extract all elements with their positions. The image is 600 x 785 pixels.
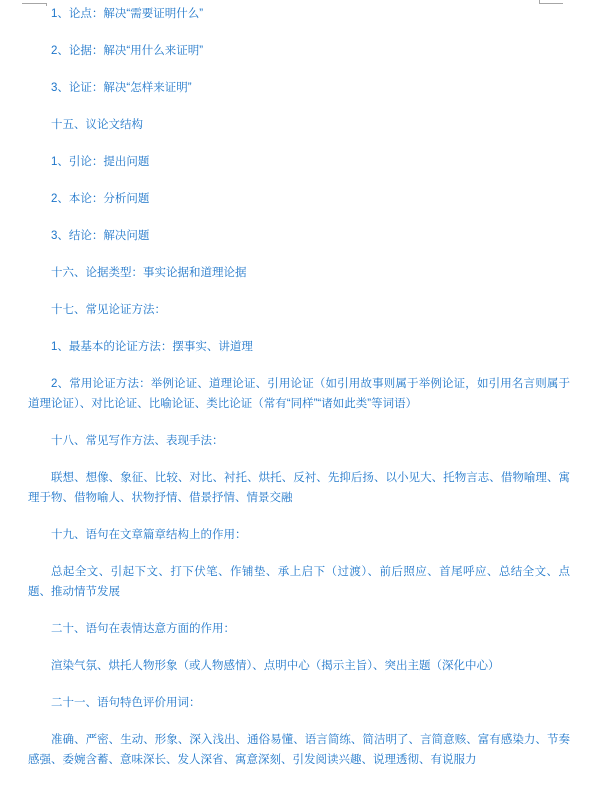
paragraph-introduction: 1、引论：提出问题 [28,152,570,172]
paragraph-argument-proof: 3、论证：解决“怎样来证明” [28,78,570,98]
paragraph-common-methods: 2、常用论证方法：举例论证、道理论证、引用论证（如引用故事则属于举例论证，如引用… [28,374,570,414]
heading-section-21: 二十一、语句特色评价用词： [28,693,570,713]
document-page: 1、论点：解决“需要证明什么” 2、论据：解决“用什么来证明” 3、论证：解决“… [0,0,600,785]
paragraph-expression-functions: 渲染气氛、烘托人物形象（或人物感情）、点明中心（揭示主旨）、突出主题（深化中心） [28,656,570,676]
paragraph-basic-methods: 1、最基本的论证方法：摆事实、讲道理 [28,337,570,357]
paragraph-conclusion: 3、结论：解决问题 [28,226,570,246]
paragraph-argument-evidence: 2、论据：解决“用什么来证明” [28,41,570,61]
paragraph-body: 2、本论：分析问题 [28,189,570,209]
paragraph-writing-techniques: 联想、想像、象征、比较、对比、衬托、烘托、反衬、先抑后扬、以小见大、托物言志、借… [28,468,570,508]
paragraph-structure-functions: 总起全文、引起下文、打下伏笔、作铺垫、承上启下（过渡）、前后照应、首尾呼应、总结… [28,562,570,602]
heading-section-16: 十六、论据类型：事实论据和道理论据 [28,263,570,283]
heading-section-15: 十五、议论文结构 [28,115,570,135]
paragraph-argument-point: 1、论点：解决“需要证明什么” [28,4,570,24]
heading-section-19: 十九、语句在文章篇章结构上的作用： [28,525,570,545]
heading-section-17: 十七、常见论证方法： [28,300,570,320]
document-text-area: 1、论点：解决“需要证明什么” 2、论据：解决“用什么来证明” 3、论证：解决“… [28,4,570,785]
paragraph-evaluation-words: 准确、严密、生动、形象、深入浅出、通俗易懂、语言简练、简洁明了、言简意赅、富有感… [28,730,570,770]
heading-section-20: 二十、语句在表情达意方面的作用： [28,619,570,639]
heading-section-18: 十八、常见写作方法、表现手法： [28,431,570,451]
